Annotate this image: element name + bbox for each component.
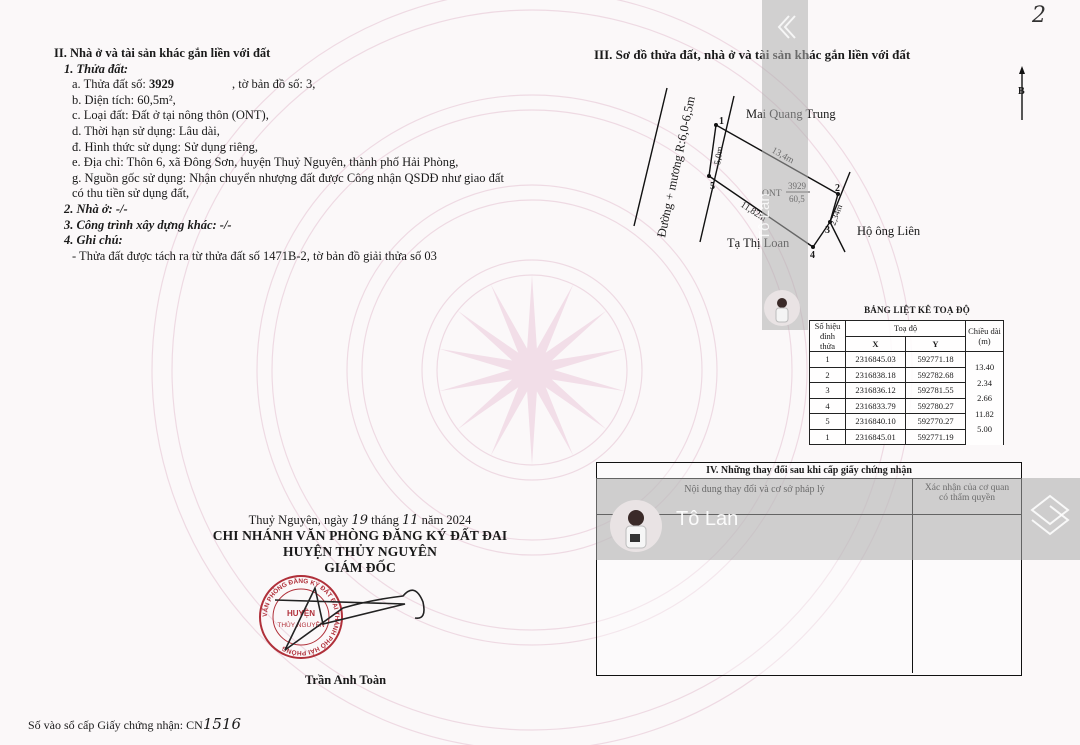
sign-year: năm 2024	[419, 513, 472, 527]
vertex-5-label: 5	[710, 181, 715, 192]
coord-table-title: BẢNG LIỆT KÊ TOẠ ĐỘ	[822, 305, 1012, 315]
house-line: 2. Nhà ở: -/-	[54, 202, 574, 218]
edge-length: 5.00	[968, 422, 1001, 438]
coord-x: 2316845.01	[846, 429, 906, 445]
issuing-district: HUYỆN THỦY NGUYÊN	[200, 544, 520, 560]
registry-value: 1516	[203, 715, 241, 733]
watermark-vertical-band	[762, 0, 808, 330]
official-stamp: VĂN PHÒNG ĐĂNG KÝ ĐẤT ĐAI THÀNH PHỐ HẢI …	[255, 572, 435, 662]
watermark-horizontal-band	[596, 478, 1080, 560]
registry-number: Số vào sổ cấp Giấy chứng nhận: CN1516	[28, 715, 241, 733]
vertex-id: 1	[810, 352, 846, 368]
page-number-mark: 2	[1032, 3, 1046, 28]
sign-month: 11	[402, 513, 419, 528]
signer-name: Trần Anh Toàn	[305, 673, 386, 688]
coord-y: 592780.27	[906, 398, 966, 414]
col-coords-header: Toạ độ	[846, 321, 966, 337]
section-house-and-assets: II. Nhà ở và tài sản khác gắn liền với đ…	[54, 46, 574, 264]
coord-y: 592770.27	[906, 414, 966, 430]
issuing-office: CHI NHÁNH VĂN PHÒNG ĐĂNG KÝ ĐẤT ĐAI	[200, 528, 520, 544]
notes-text: - Thửa đất được tách ra từ thửa đất số 1…	[54, 249, 574, 265]
vertex-4-label: 4	[810, 250, 815, 261]
col-y-header: Y	[906, 336, 966, 352]
vertex-id: 5	[810, 414, 846, 430]
coord-x: 2316840.10	[846, 414, 906, 430]
plot-diagram: B Đường + mương R:6,0-6,5m Mai Quang Tru…	[600, 60, 1080, 310]
plot-number-label: a. Thửa đất số:	[72, 77, 149, 91]
edge-length: 11.82	[968, 407, 1001, 423]
handwritten-signature	[275, 588, 424, 650]
coord-row: 12316845.03592771.1813.402.342.6611.825.…	[810, 352, 1004, 368]
stamp-center-2: THỦY NGUYÊN	[277, 620, 324, 629]
month-label: tháng	[368, 513, 402, 527]
use-origin-cont: có thu tiền sử dụng đất,	[54, 186, 574, 202]
neighbor-east: Hộ ông Liên	[857, 224, 921, 238]
vertex-3-label: 3	[825, 225, 830, 236]
vertex-id: 1	[810, 429, 846, 445]
col-x-header: X	[846, 336, 906, 352]
col-length-header: Chiều dài (m)	[966, 321, 1004, 352]
watermark-avatar-small	[764, 290, 800, 326]
section-2-heading: II. Nhà ở và tài sản khác gắn liền với đ…	[54, 46, 574, 62]
section-4-title: IV. Những thay đổi sau khi cấp giấy chứn…	[597, 463, 1021, 479]
edge-5-1-length: 5,0m	[712, 146, 724, 165]
col-vertex-header: Số hiệu đỉnh thửa	[810, 321, 846, 352]
watermark-vertical-name: Tô Lan	[756, 193, 773, 240]
watermark-name: Tô Lan	[676, 508, 738, 531]
road-edge-right	[700, 96, 734, 242]
edge-length: 2.34	[968, 376, 1001, 392]
place-date: Thuỷ Nguyên, ngày 19 tháng 11 năm 2024	[200, 513, 520, 528]
coord-y: 592771.19	[906, 429, 966, 445]
land-plot-label: 1. Thửa đất:	[54, 62, 574, 78]
edge-length: 2.66	[968, 391, 1001, 407]
coord-y: 592771.18	[906, 352, 966, 368]
sign-day: 19	[351, 513, 368, 528]
coord-y: 592781.55	[906, 383, 966, 399]
use-form: đ. Hình thức sử dụng: Sử dụng riêng,	[54, 140, 574, 156]
use-term: d. Thời hạn sử dụng: Lâu dài,	[54, 124, 574, 140]
north-label: B	[1018, 86, 1025, 97]
plot-area: b. Diện tích: 60,5m²,	[54, 93, 574, 109]
plot-number: 3929	[149, 77, 174, 91]
coord-x: 2316838.18	[846, 367, 906, 383]
registry-label: Số vào sổ cấp Giấy chứng nhận: CN	[28, 718, 203, 732]
watermark-logo-icon	[762, 8, 808, 48]
vertex-id: 3	[810, 383, 846, 399]
other-works-line: 3. Công trình xây dựng khác: -/-	[54, 218, 574, 234]
land-type: c. Loại đất: Đất ở tại nông thôn (ONT),	[54, 108, 574, 124]
coord-y: 592782.68	[906, 367, 966, 383]
watermark-avatar	[610, 500, 662, 552]
watermark-logo-icon-right	[1028, 492, 1072, 542]
vertex-2-label: 2	[835, 183, 840, 194]
coord-x: 2316845.03	[846, 352, 906, 368]
plot-number-line: a. Thửa đất số: 3929, tờ bản đồ số: 3,	[54, 77, 574, 93]
edge-lengths: 13.402.342.6611.825.00	[966, 352, 1004, 445]
coordinate-table: Số hiệu đỉnh thửa Toạ độ Chiều dài (m) X…	[809, 320, 1004, 445]
edge-length: 13.40	[968, 360, 1001, 376]
place-prefix: Thuỷ Nguyên, ngày	[249, 513, 352, 527]
vertex-1-label: 1	[719, 116, 724, 127]
address: e. Địa chỉ: Thôn 6, xã Đông Sơn, huyện T…	[54, 155, 574, 171]
coord-x: 2316833.79	[846, 398, 906, 414]
use-origin: g. Nguồn gốc sử dụng: Nhận chuyển nhượng…	[54, 171, 574, 187]
signature-block: Thuỷ Nguyên, ngày 19 tháng 11 năm 2024 C…	[200, 513, 520, 576]
notes-label: 4. Ghi chú:	[54, 233, 574, 249]
coord-x: 2316836.12	[846, 383, 906, 399]
edge-2-3-length: 2,34m	[827, 203, 844, 227]
vertex-id: 2	[810, 367, 846, 383]
vertex-id: 4	[810, 398, 846, 414]
map-sheet: , tờ bản đồ số: 3,	[232, 77, 315, 91]
